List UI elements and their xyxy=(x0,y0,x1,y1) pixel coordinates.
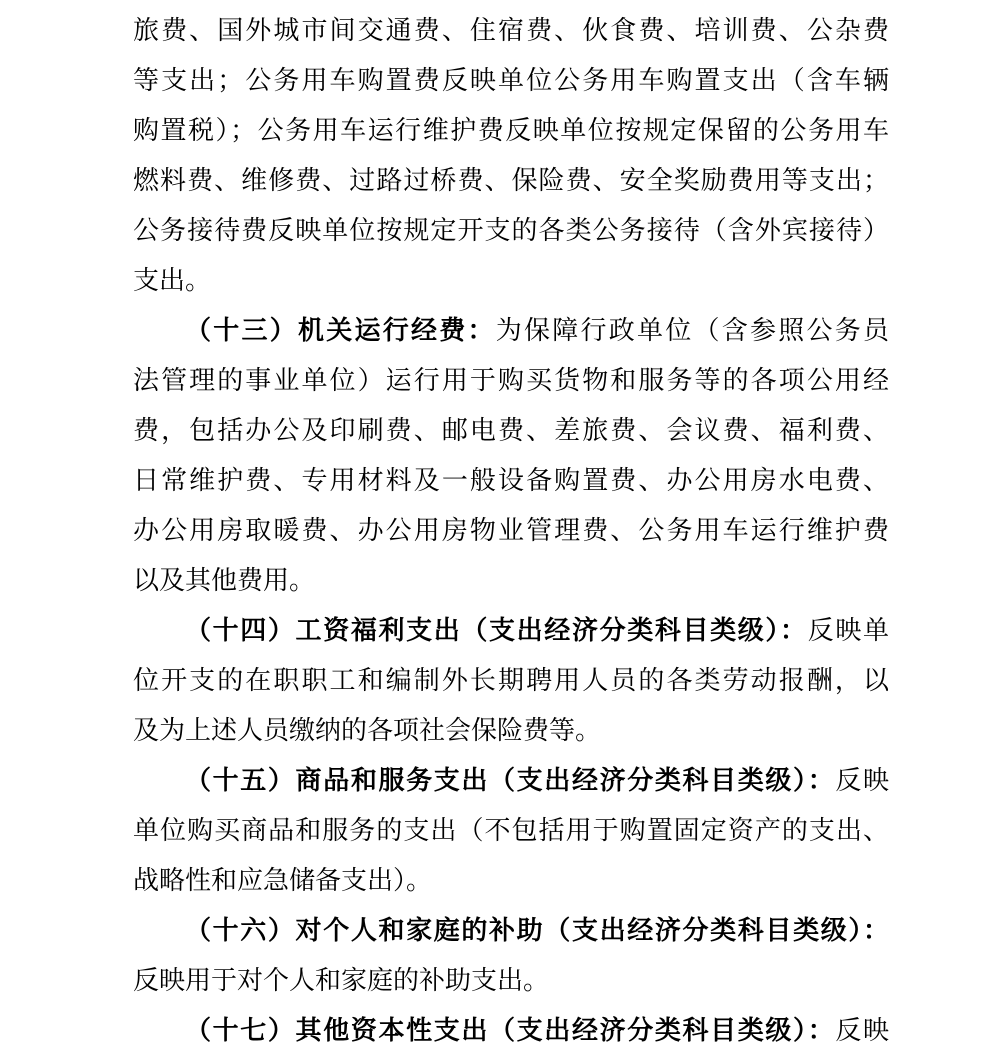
text-line: （十七）其他资本性支出（支出经济分类科目类级）：反映 xyxy=(133,1006,889,1056)
document-body: 旅费、国外城市间交通费、住宿费、伙食费、培训费、公杂费等支出；公务用车购置费反映… xyxy=(133,6,889,1056)
text-line: 法管理的事业单位）运行用于购买货物和服务等的各项公用经 xyxy=(133,356,889,406)
text-segment: 购置税）；公务用车运行维护费反映单位按规定保留的公务用车 xyxy=(133,116,889,145)
text-line: 旅费、国外城市间交通费、住宿费、伙食费、培训费、公杂费 xyxy=(133,6,889,56)
text-segment: 以及其他费用。 xyxy=(133,566,315,595)
text-line: 公务接待费反映单位按规定开支的各类公务接待（含外宾接待） xyxy=(133,206,889,256)
text-segment: 反映单 xyxy=(808,616,889,645)
text-segment: 燃料费、维修费、过路过桥费、保险费、安全奖励费用等支出； xyxy=(133,166,889,195)
text-line: 以及其他费用。 xyxy=(133,556,889,606)
text-segment: 公务接待费反映单位按规定开支的各类公务接待（含外宾接待） xyxy=(133,216,889,245)
text-line: （十四）工资福利支出（支出经济分类科目类级）：反映单 xyxy=(133,606,889,656)
text-line: 日常维护费、专用材料及一般设备购置费、办公用房水电费、 xyxy=(133,456,889,506)
text-segment: 旅费、国外城市间交通费、住宿费、伙食费、培训费、公杂费 xyxy=(133,16,889,45)
text-line: 战略性和应急储备支出）。 xyxy=(133,856,889,906)
text-line: 支出。 xyxy=(133,256,889,306)
text-line: 购置税）；公务用车运行维护费反映单位按规定保留的公务用车 xyxy=(133,106,889,156)
text-line: （十五）商品和服务支出（支出经济分类科目类级）：反映 xyxy=(133,756,889,806)
text-segment: 支出。 xyxy=(133,266,211,295)
section-heading-segment: （十六）对个人和家庭的补助（支出经济分类科目类级）： xyxy=(185,916,889,945)
text-segment: 费，包括办公及印刷费、邮电费、差旅费、会议费、福利费、 xyxy=(133,416,889,445)
text-line: 位开支的在职职工和编制外长期聘用人员的各类劳动报酬，以 xyxy=(133,656,889,706)
text-segment: 法管理的事业单位）运行用于购买货物和服务等的各项公用经 xyxy=(133,366,889,395)
section-heading-segment: （十七）其他资本性支出（支出经济分类科目类级）： xyxy=(185,1016,835,1045)
text-segment: 办公用房取暖费、办公用房物业管理费、公务用车运行维护费 xyxy=(133,516,889,545)
document-page: 旅费、国外城市间交通费、住宿费、伙食费、培训费、公杂费等支出；公务用车购置费反映… xyxy=(0,0,1000,1059)
text-segment: 位开支的在职职工和编制外长期聘用人员的各类劳动报酬，以 xyxy=(133,666,889,695)
text-line: （十三）机关运行经费：为保障行政单位（含参照公务员 xyxy=(133,306,889,356)
section-heading-segment: （十四）工资福利支出（支出经济分类科目类级）： xyxy=(185,616,808,645)
text-segment: 及为上述人员缴纳的各项社会保险费等。 xyxy=(133,716,601,745)
text-line: 反映用于对个人和家庭的补助支出。 xyxy=(133,956,889,1006)
text-segment: 日常维护费、专用材料及一般设备购置费、办公用房水电费、 xyxy=(133,466,889,495)
text-line: 费，包括办公及印刷费、邮电费、差旅费、会议费、福利费、 xyxy=(133,406,889,456)
text-line: 办公用房取暖费、办公用房物业管理费、公务用车运行维护费 xyxy=(133,506,889,556)
text-line: 单位购买商品和服务的支出（不包括用于购置固定资产的支出、 xyxy=(133,806,889,856)
text-segment: 等支出；公务用车购置费反映单位公务用车购置支出（含车辆 xyxy=(133,66,889,95)
text-line: 燃料费、维修费、过路过桥费、保险费、安全奖励费用等支出； xyxy=(133,156,889,206)
text-line: （十六）对个人和家庭的补助（支出经济分类科目类级）： xyxy=(133,906,889,956)
text-segment: 单位购买商品和服务的支出（不包括用于购置固定资产的支出、 xyxy=(133,816,889,845)
text-segment: 反映 xyxy=(835,766,889,795)
text-segment: 反映用于对个人和家庭的补助支出。 xyxy=(133,966,549,995)
text-line: 及为上述人员缴纳的各项社会保险费等。 xyxy=(133,706,889,756)
section-heading-segment: （十三）机关运行经费： xyxy=(185,316,496,345)
text-segment: 为保障行政单位（含参照公务员 xyxy=(496,316,889,345)
text-line: 等支出；公务用车购置费反映单位公务用车购置支出（含车辆 xyxy=(133,56,889,106)
text-segment: 反映 xyxy=(835,1016,889,1045)
section-heading-segment: （十五）商品和服务支出（支出经济分类科目类级）： xyxy=(185,766,835,795)
text-segment: 战略性和应急储备支出）。 xyxy=(133,866,432,895)
